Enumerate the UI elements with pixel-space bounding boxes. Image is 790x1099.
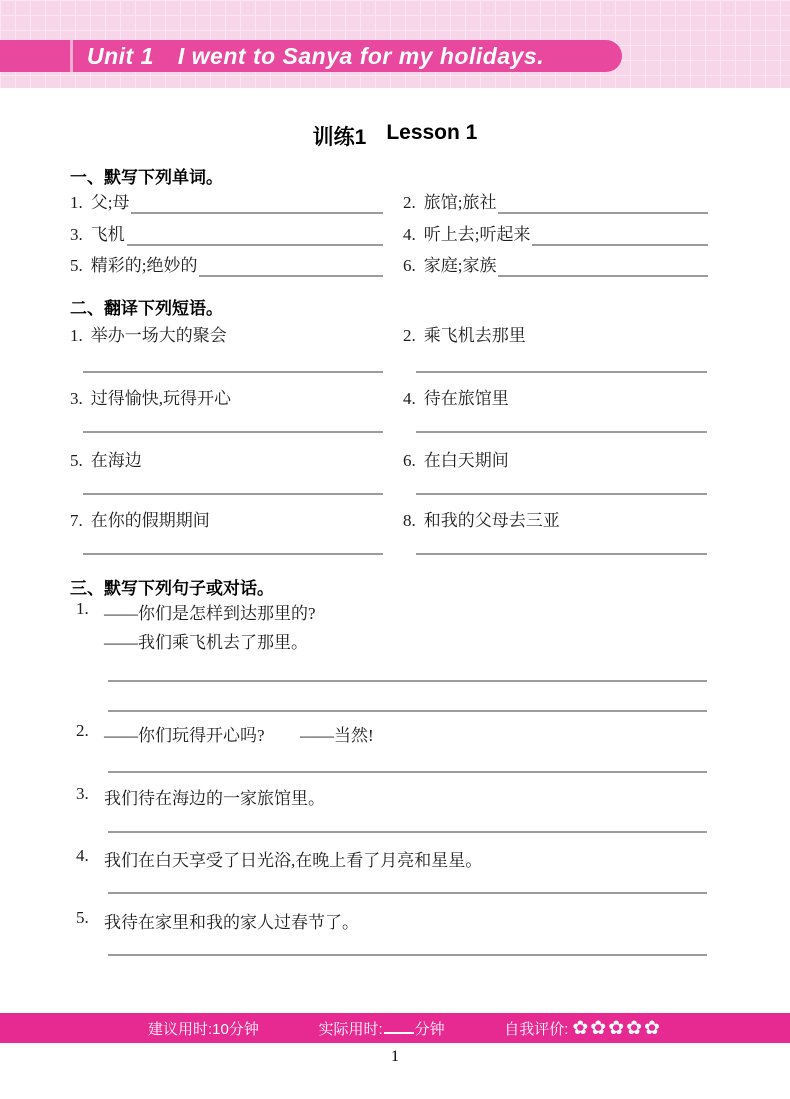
- sentence-line: 我们在白天享受了日光浴,在晚上看了月亮和星星。: [104, 846, 482, 871]
- suggested-time-label: 建议用时:10分钟: [148, 1018, 259, 1039]
- item-label: 在你的假期期间: [91, 511, 210, 530]
- self-eval-label: 自我评价:: [504, 1018, 568, 1039]
- item-label: 待在旅馆里: [424, 389, 509, 408]
- answer-line: [108, 954, 707, 956]
- answer-blank: [532, 242, 708, 246]
- phrase-item: 1.举办一场大的聚会: [70, 321, 227, 346]
- phrase-item: 6.在白天期间: [403, 446, 509, 471]
- item-number: 3.: [70, 225, 83, 246]
- phrase-item: 4.待在旅馆里: [403, 384, 509, 409]
- sentence-line: ——当然!: [300, 721, 374, 746]
- item-label: 父;母: [91, 188, 130, 214]
- page-title-cn: 训练1: [313, 121, 367, 151]
- actual-time-label: 实际用时:: [318, 1021, 382, 1038]
- sentence-line: 我们待在海边的一家旅馆里。: [104, 784, 325, 809]
- answer-line: [83, 493, 383, 495]
- unit-banner-text: Unit 1 I went to Sanya for my holidays.: [87, 40, 544, 72]
- sentence-line: ——你们玩得开心吗?: [104, 721, 265, 746]
- answer-line: [108, 831, 707, 833]
- answer-line: [416, 553, 707, 555]
- actual-time-unit: 分钟: [415, 1021, 445, 1038]
- sentence-line: ——我们乘飞机去了那里。: [104, 628, 308, 653]
- item-label: 听上去;听起来: [424, 220, 531, 246]
- footer-bar: 建议用时:10分钟 实际用时:分钟 自我评价: ✿✿✿✿✿: [0, 1013, 790, 1043]
- page-title-en: Lesson 1: [386, 121, 477, 151]
- sentence-line: 我待在家里和我的家人过春节了。: [104, 908, 359, 933]
- unit-label: Unit 1: [87, 43, 154, 70]
- banner-divider: [70, 40, 73, 72]
- item-label: 飞机: [91, 220, 125, 246]
- unit-title: I went to Sanya for my holidays.: [178, 43, 544, 70]
- item-number: 6.: [403, 451, 416, 470]
- answer-blank: [498, 273, 708, 277]
- item-number: 2.: [403, 193, 416, 214]
- phrase-item: 7.在你的假期期间: [70, 506, 210, 531]
- item-number: 6.: [403, 256, 416, 277]
- page-number: 1: [0, 1048, 790, 1066]
- phrase-item: 3.过得愉快,玩得开心: [70, 384, 231, 409]
- word-item: 5. 精彩的;绝妙的: [70, 254, 383, 277]
- phrase-item: 5.在海边: [70, 446, 142, 471]
- answer-line: [108, 680, 707, 682]
- answer-blank: [127, 242, 383, 246]
- unit-banner: Unit 1 I went to Sanya for my holidays.: [0, 40, 622, 72]
- answer-line: [83, 431, 383, 433]
- actual-time-group: 实际用时:分钟: [318, 1018, 444, 1039]
- worksheet-page: Unit 1 I went to Sanya for my holidays. …: [0, 0, 790, 1099]
- item-number: 5.: [76, 908, 89, 928]
- item-number: 3.: [76, 784, 89, 804]
- answer-blank: [131, 210, 383, 214]
- item-number: 3.: [70, 389, 83, 408]
- answer-line: [83, 553, 383, 555]
- item-number: 4.: [403, 225, 416, 246]
- phrase-item: 8.和我的父母去三亚: [403, 506, 560, 531]
- header-band: Unit 1 I went to Sanya for my holidays.: [0, 0, 790, 88]
- flower-rating-icons: ✿✿✿✿✿: [572, 1017, 662, 1040]
- item-label: 在海边: [91, 451, 142, 470]
- item-label: 家庭;家族: [424, 251, 497, 277]
- answer-blank: [199, 273, 383, 277]
- answer-line: [416, 493, 707, 495]
- item-label: 乘飞机去那里: [424, 326, 526, 345]
- item-label: 在白天期间: [424, 451, 509, 470]
- actual-time-blank: [384, 1019, 414, 1034]
- answer-line: [416, 371, 707, 373]
- sentence-line: ——你们是怎样到达那里的?: [104, 599, 316, 624]
- answer-line: [108, 710, 707, 712]
- item-number: 8.: [403, 511, 416, 530]
- item-label: 旅馆;旅社: [424, 188, 497, 214]
- item-label: 过得愉快,玩得开心: [91, 389, 231, 408]
- item-number: 4.: [76, 846, 89, 866]
- section2-heading: 二、翻译下列短语。: [70, 294, 223, 319]
- item-label: 举办一场大的聚会: [91, 326, 227, 345]
- word-item: 4. 听上去;听起来: [403, 223, 708, 246]
- item-number: 5.: [70, 256, 83, 277]
- page-title: 训练1 Lesson 1: [0, 121, 790, 151]
- item-label: 精彩的;绝妙的: [91, 251, 198, 277]
- footer-content: 建议用时:10分钟 实际用时:分钟 自我评价: ✿✿✿✿✿: [148, 1013, 662, 1043]
- phrase-item: 2.乘飞机去那里: [403, 321, 526, 346]
- item-label: 和我的父母去三亚: [424, 511, 560, 530]
- section1-heading: 一、默写下列单词。: [70, 163, 223, 188]
- answer-line: [108, 771, 707, 773]
- answer-line: [83, 371, 383, 373]
- item-number: 4.: [403, 389, 416, 408]
- word-item: 1. 父;母: [70, 191, 383, 214]
- item-number: 2.: [403, 326, 416, 345]
- word-item: 2. 旅馆;旅社: [403, 191, 708, 214]
- item-number: 1.: [70, 193, 83, 214]
- item-number: 1.: [70, 326, 83, 345]
- item-number: 5.: [70, 451, 83, 470]
- answer-line: [108, 892, 707, 894]
- item-number: 7.: [70, 511, 83, 530]
- item-number: 2.: [76, 721, 89, 741]
- self-eval-group: 自我评价: ✿✿✿✿✿: [504, 1017, 662, 1040]
- answer-blank: [498, 210, 708, 214]
- section3-heading: 三、默写下列句子或对话。: [70, 574, 274, 599]
- item-number: 1.: [76, 599, 89, 619]
- word-item: 6. 家庭;家族: [403, 254, 708, 277]
- word-item: 3. 飞机: [70, 223, 383, 246]
- answer-line: [416, 431, 707, 433]
